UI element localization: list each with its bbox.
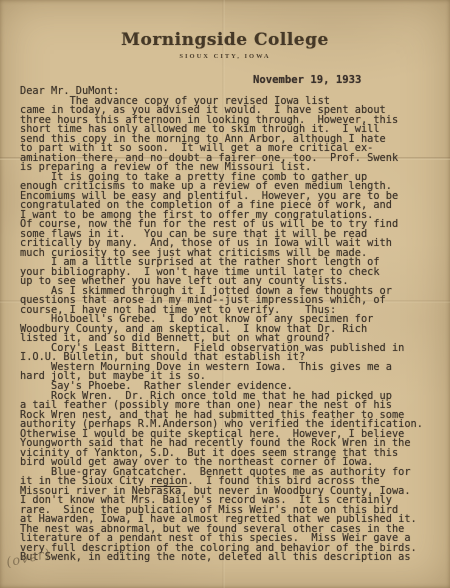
letter-lines: The advance copy of your revised Iowa li…	[20, 97, 440, 563]
date-line: November 19, 1933	[253, 74, 361, 86]
scanned-letter-page: Morningside College SIOUX CITY, IOWA Nov…	[0, 0, 450, 588]
letter-body: Dear Mr. DuMont: The advance copy of you…	[20, 87, 440, 563]
letterhead: Morningside College SIOUX CITY, IOWA	[0, 30, 450, 60]
pencil-note-over: (over)	[5, 546, 52, 570]
college-location: SIOUX CITY, IOWA	[0, 53, 450, 60]
letter-line: But Swenk, in editing the note, deleted …	[20, 553, 440, 563]
line-text: But Swenk, in editing the note, deleted …	[20, 551, 411, 563]
college-name: Morningside College	[0, 30, 450, 50]
